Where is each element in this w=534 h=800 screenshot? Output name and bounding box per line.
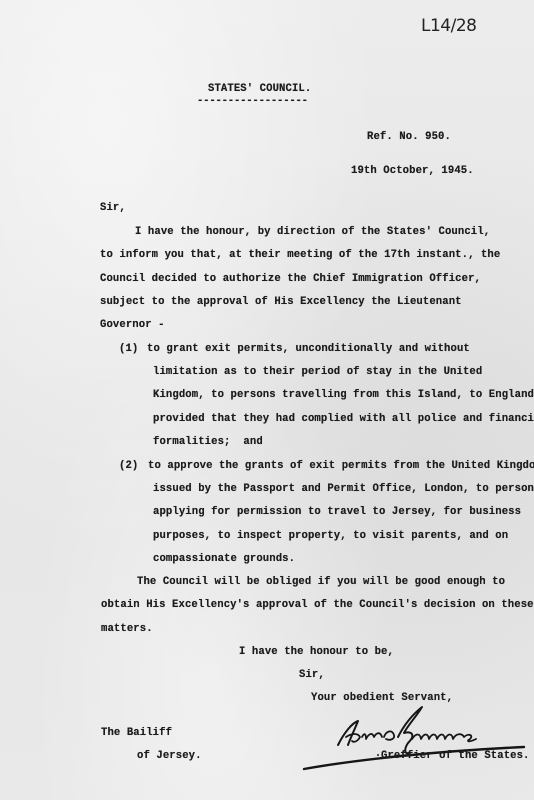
list-item-line: issued by the Passport and Permit Office… [153,482,534,496]
intro-line: Council decided to authorize the Chief I… [100,272,481,286]
list-item-marker: (2) [119,459,138,473]
list-item-line: provided that they had complied with all… [153,412,534,426]
intro-line: Governor - [100,318,165,332]
closing-line: matters. [101,622,153,636]
letter-date: 19th October, 1945. [351,164,474,178]
intro-line: to inform you that, at their meeting of … [100,248,500,262]
valediction-line: I have the honour to be, [239,645,394,659]
intro-line: I have the honour, by direction of the S… [135,225,490,239]
list-item-line: applying for permission to travel to Jer… [153,505,521,519]
title-underline: ------------------ [197,94,308,108]
closing-line: The Council will be obliged if you will … [137,575,505,589]
reference-number: Ref. No. 950. [367,130,451,144]
valediction-line: Sir, [299,668,325,682]
salutation: Sir, [100,201,126,215]
list-item-line: to approve the grants of exit permits fr… [148,459,534,473]
closing-line: obtain His Excellency's approval of the … [101,598,534,612]
list-item-line: to grant exit permits, unconditionally a… [147,342,470,356]
list-item-line: purposes, to inspect property, to visit … [153,529,508,543]
addressee-line: The Bailiff [101,726,172,740]
file-reference: L14/28 [421,16,476,36]
list-item-line: Kingdom, to persons travelling from this… [153,388,534,402]
list-item-line: compassionate grounds. [153,552,295,566]
list-item-line: limitation as to their period of stay in… [153,365,482,379]
list-item-line: formalities; and [153,435,263,449]
list-item-marker: (1) [119,342,138,356]
addressee-line: of Jersey. [137,749,202,763]
signatory-title: Greffier of the States. [381,749,530,763]
intro-line: subject to the approval of His Excellenc… [100,295,462,309]
